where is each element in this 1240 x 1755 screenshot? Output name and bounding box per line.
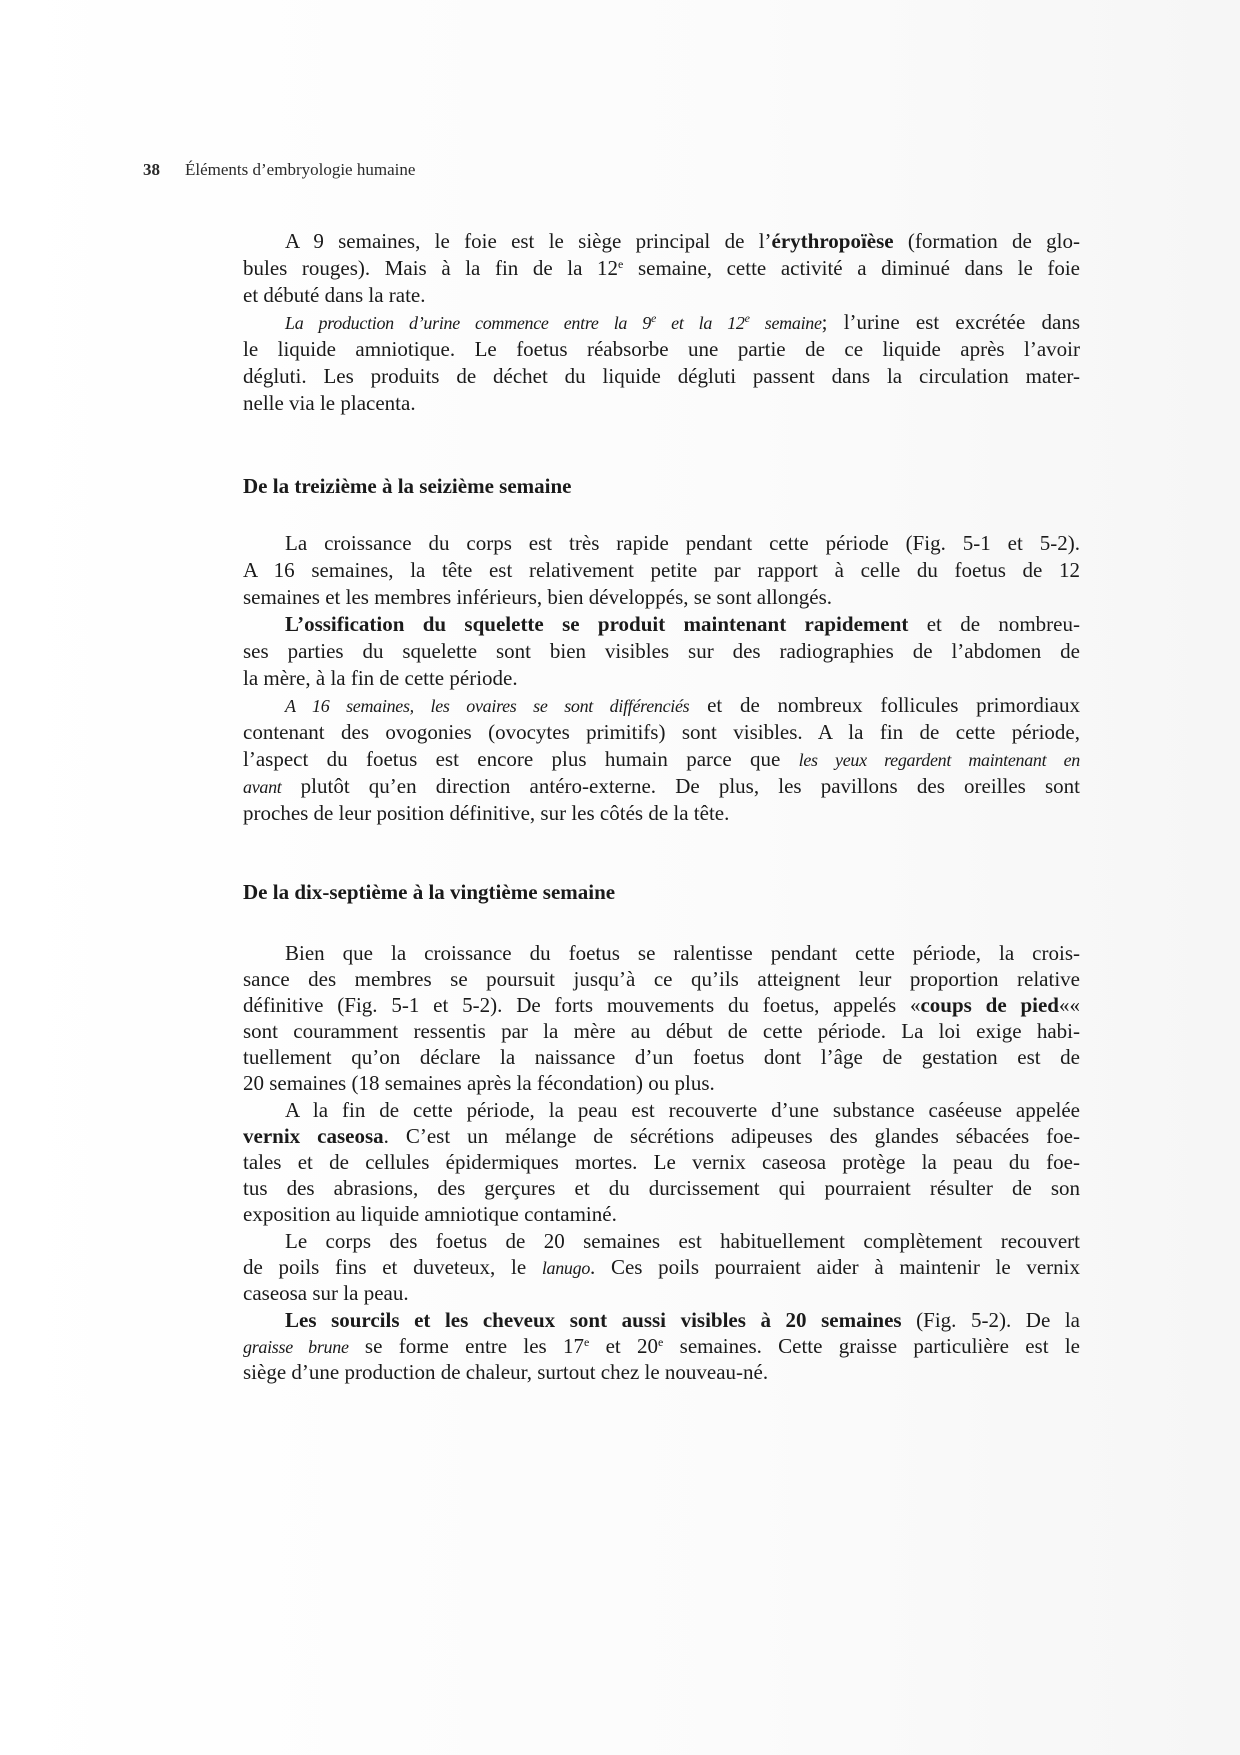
text-line: A 16 semaines, les ovaires se sont diffé…	[285, 692, 1080, 720]
text-line: la mère, à la fin de cette période.	[243, 665, 1080, 692]
page-number: 38	[143, 160, 185, 180]
text-line: nelle via le placenta.	[243, 390, 1080, 417]
text-line: caseosa sur la peau.	[243, 1280, 1080, 1307]
italic-term: graisse brune	[243, 1337, 349, 1357]
text-run: et débuté dans la rate.	[243, 283, 426, 307]
book-title: Éléments d’embryologie humaine	[185, 160, 415, 179]
text-run: se forme entre les 17	[349, 1334, 584, 1358]
text-run: ««	[1059, 993, 1080, 1017]
text-run: et de nombreux follicules primordiaux	[689, 693, 1080, 717]
text-run: bules rouges). Mais à la fin de la 12	[243, 256, 618, 280]
text-line: L’ossification du squelette se produit m…	[285, 611, 1080, 638]
text-run: de poils fins et duveteux, le	[243, 1255, 542, 1279]
text-line: ses parties du squelette sont bien visib…	[243, 638, 1080, 665]
text-line: tus des abrasions, des gerçures et du du…	[243, 1175, 1080, 1202]
text-line: Les sourcils et les cheveux sont aussi v…	[285, 1307, 1080, 1334]
text-run: semaine, cette activité a diminué dans l…	[623, 256, 1080, 280]
text-line: vernix caseosa. C’est un mélange de sécr…	[243, 1123, 1080, 1150]
text-line: Bien que la croissance du foetus se rale…	[285, 940, 1080, 967]
text-line: tales et de cellules épidermiques mortes…	[243, 1149, 1080, 1176]
text-line: 20 semaines (18 semaines après la fécond…	[243, 1070, 1080, 1097]
text-line: avant plutôt qu’en direction antéro-exte…	[243, 773, 1080, 801]
text-run: . Ces poils pourraient aider à maintenir…	[590, 1255, 1080, 1279]
text-line: La croissance du corps est très rapide p…	[285, 530, 1080, 557]
text-run: plutôt qu’en direction antéro-externe. D…	[282, 774, 1081, 798]
text-line: définitive (Fig. 5-1 et 5-2). De forts m…	[243, 992, 1080, 1019]
italic-phrase: avant	[243, 777, 282, 797]
text-line: La production d’urine commence entre la …	[285, 309, 1080, 337]
bold-phrase: Les sourcils et les cheveux sont aussi v…	[285, 1308, 902, 1332]
italic-term: lanugo	[542, 1258, 590, 1278]
text-line: semaines et les membres inférieurs, bien…	[243, 584, 1080, 611]
text-line: proches de leur position définitive, sur…	[243, 800, 1080, 827]
text-run: définitive (Fig. 5-1 et 5-2). De forts m…	[243, 993, 920, 1017]
text-run: semaines. Cette graisse particulière est…	[663, 1334, 1080, 1358]
text-run: et de nombreu-	[908, 612, 1080, 636]
italic-phrase: La production d’urine commence entre la …	[285, 313, 822, 333]
text-line: A la fin de cette période, la peau est r…	[285, 1097, 1080, 1124]
text-line: de poils fins et duveteux, le lanugo. Ce…	[243, 1254, 1080, 1282]
text-line: contenant des ovogonies (ovocytes primit…	[243, 719, 1080, 746]
text-run: . C’est un mélange de sécrétions adipeus…	[384, 1124, 1080, 1148]
text-run: (Fig. 5-2). De la	[902, 1308, 1080, 1332]
text-line: Le corps des foetus de 20 semaines est h…	[285, 1228, 1080, 1255]
text-line: siège d’une production de chaleur, surto…	[243, 1359, 1080, 1386]
running-head: 38Éléments d’embryologie humaine	[143, 160, 415, 180]
section-heading: De la dix-septième à la vingtième semain…	[243, 880, 615, 905]
text-run: (formation de glo-	[894, 229, 1080, 253]
text-line: l’aspect du foetus est encore plus humai…	[243, 746, 1080, 774]
text-line: sont couramment ressentis par la mère au…	[243, 1018, 1080, 1045]
text-line: tuellement qu’on déclare la naissance d’…	[243, 1044, 1080, 1071]
text-run: A 9 semaines, le foie est le siège princ…	[285, 229, 772, 253]
text-line: graisse brune se forme entre les 17e et …	[243, 1333, 1080, 1361]
bold-term: érythropoïèse	[772, 229, 894, 253]
text-line: sance des membres se poursuit jusqu’à ce…	[243, 966, 1080, 993]
text-line: A 16 semaines, la tête est relativement …	[243, 557, 1080, 584]
bold-term: vernix caseosa	[243, 1124, 384, 1148]
text-run: et 20	[589, 1334, 658, 1358]
text-line: dégluti. Les produits de déchet du liqui…	[243, 363, 1080, 390]
section-heading: De la treizième à la seizième semaine	[243, 474, 571, 499]
bold-phrase: coups de pied	[920, 993, 1059, 1017]
text-line: bules rouges). Mais à la fin de la 12e s…	[243, 255, 1080, 282]
text-line: A 9 semaines, le foie est le siège princ…	[285, 228, 1080, 255]
text-line: et débuté dans la rate.	[243, 282, 1080, 309]
text-run: l’aspect du foetus est encore plus humai…	[243, 747, 799, 771]
text-line: exposition au liquide amniotique contami…	[243, 1201, 1080, 1228]
text-line: le liquide amniotique. Le foetus réabsor…	[243, 336, 1080, 363]
italic-phrase: A 16 semaines, les ovaires se sont diffé…	[285, 696, 689, 716]
italic-phrase: les yeux regardent maintenant en	[799, 750, 1080, 770]
bold-phrase: L’ossification du squelette se produit m…	[285, 612, 908, 636]
text-run: ; l’urine est excrétée dans	[822, 310, 1080, 334]
